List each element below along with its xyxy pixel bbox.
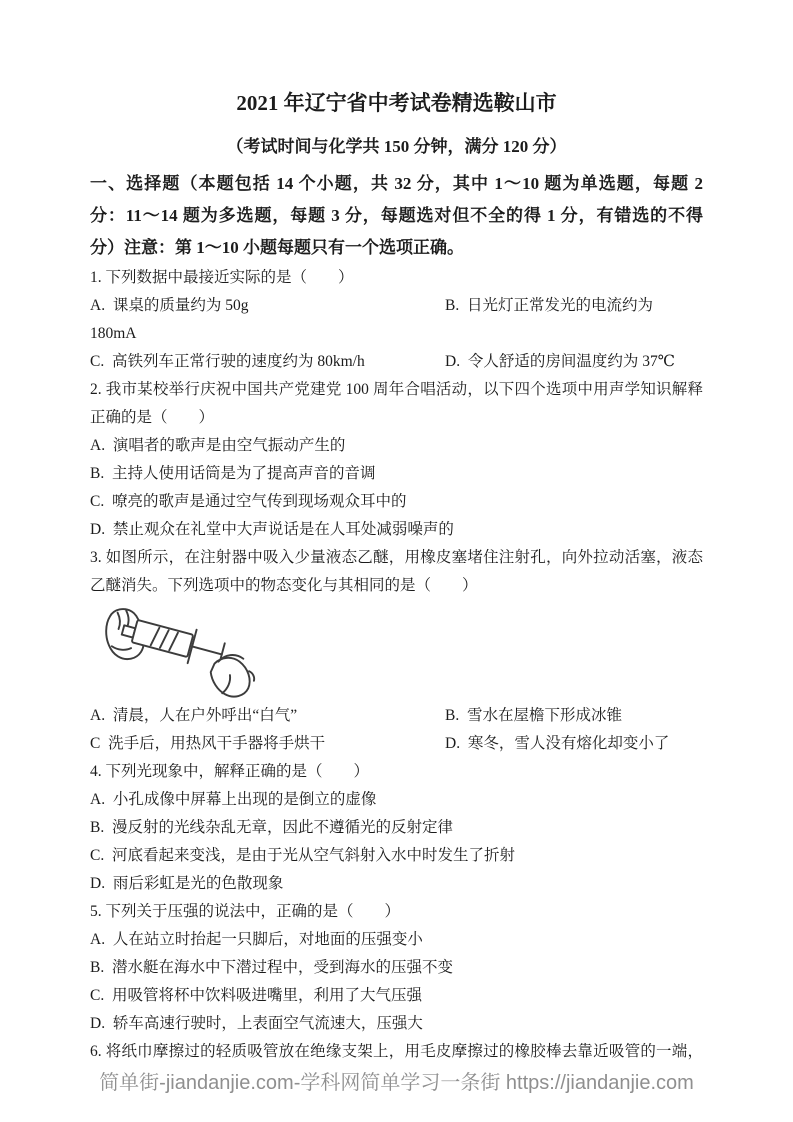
section-header-line-1: 一、选择题（本题包括 14 个小题，共 32 分，其中 1～10 题为单选题，每… xyxy=(90,168,703,200)
question-5-stem: 5. 下列关于压强的说法中，正确的是（ ） xyxy=(90,898,703,926)
question-4: 4. 下列光现象中，解释正确的是（ ） A. 小孔成像中屏幕上出现的是倒立的虚像… xyxy=(90,758,703,898)
question-2-option-b: B. 主持人使用话筒是为了提高声音的音调 xyxy=(90,460,703,488)
question-1-options-row-cd: C. 高铁列车正常行驶的速度约为 80km/h D. 令人舒适的房间温度约为 3… xyxy=(90,348,703,376)
question-4-stem: 4. 下列光现象中，解释正确的是（ ） xyxy=(90,758,703,786)
question-5-option-b: B. 潜水艇在海水中下潜过程中，受到海水的压强不变 xyxy=(90,954,703,982)
exam-page: 2021 年辽宁省中考试卷精选鞍山市 （考试时间与化学共 150 分钟，满分 1… xyxy=(0,0,793,1122)
page-content: 2021 年辽宁省中考试卷精选鞍山市 （考试时间与化学共 150 分钟，满分 1… xyxy=(0,0,793,1066)
question-5-option-c: C. 用吸管将杯中饮料吸进嘴里，利用了大气压强 xyxy=(90,982,703,1010)
section-header-line-2: 分：11～14 题为多选题，每题 3 分，每题选对但不全的得 1 分，有错选的不… xyxy=(90,200,703,232)
question-6-stem: 6. 将纸巾摩擦过的轻质吸管放在绝缘支架上，用毛皮摩擦过的橡胶棒去靠近吸管的一端… xyxy=(90,1038,703,1066)
question-1: 1. 下列数据中最接近实际的是（ ） A. 课桌的质量约为 50g B. 日光灯… xyxy=(90,264,703,376)
section-1-header: 一、选择题（本题包括 14 个小题，共 32 分，其中 1～10 题为单选题，每… xyxy=(90,168,703,264)
syringe-illustration xyxy=(100,604,260,700)
question-1-options-row-ab: A. 课桌的质量约为 50g B. 日光灯正常发光的电流约为 xyxy=(90,292,703,320)
question-3-stem-line-2: 乙醚消失。下列选项中的物态变化与其相同的是（ ） xyxy=(90,572,703,600)
question-3-option-d: D. 寒冬，雪人没有熔化却变小了 xyxy=(445,730,703,758)
question-2-stem-line-1: 2. 我市某校举行庆祝中国共产党建党 100 周年合唱活动，以下四个选项中用声学… xyxy=(90,376,703,404)
section-header-line-3: 分）注意：第 1～10 小题每题只有一个选项正确。 xyxy=(90,232,703,264)
footer-watermark: 简单街-jiandanjie.com-学科网简单学习一条街 https://ji… xyxy=(0,1066,793,1095)
question-5-option-d: D. 轿车高速行驶时，上表面空气流速大，压强大 xyxy=(90,1010,703,1038)
question-3: 3. 如图所示，在注射器中吸入少量液态乙醚，用橡皮塞堵住注射孔，向外拉动活塞，液… xyxy=(90,544,703,758)
page-title: 2021 年辽宁省中考试卷精选鞍山市 xyxy=(90,90,703,116)
question-4-option-c: C. 河底看起来变浅，是由于光从空气斜射入水中时发生了折射 xyxy=(90,842,703,870)
question-6: 6. 将纸巾摩擦过的轻质吸管放在绝缘支架上，用毛皮摩擦过的橡胶棒去靠近吸管的一端… xyxy=(90,1038,703,1066)
question-2-option-a: A. 演唱者的歌声是由空气振动产生的 xyxy=(90,432,703,460)
question-4-option-d: D. 雨后彩虹是光的色散现象 xyxy=(90,870,703,898)
question-2-stem-line-2: 正确的是（ ） xyxy=(90,404,703,432)
question-3-option-b: B. 雪水在屋檐下形成冰锥 xyxy=(445,702,703,730)
question-3-option-a: A. 清晨，人在户外呼出“白气” xyxy=(90,702,445,730)
question-2: 2. 我市某校举行庆祝中国共产党建党 100 周年合唱活动，以下四个选项中用声学… xyxy=(90,376,703,544)
question-1-option-b: B. 日光灯正常发光的电流约为 xyxy=(445,292,703,320)
question-2-option-c: C. 嘹亮的歌声是通过空气传到现场观众耳中的 xyxy=(90,488,703,516)
question-1-option-b-continuation: 180mA xyxy=(90,320,703,348)
question-4-option-b: B. 漫反射的光线杂乱无章，因此不遵循光的反射定律 xyxy=(90,814,703,842)
question-3-option-c: C 洗手后，用热风干手器将手烘干 xyxy=(90,730,445,758)
question-2-option-d: D. 禁止观众在礼堂中大声说话是在人耳处减弱噪声的 xyxy=(90,516,703,544)
question-3-options-row-cd: C 洗手后，用热风干手器将手烘干 D. 寒冬，雪人没有熔化却变小了 xyxy=(90,730,703,758)
exam-info-subtitle: （考试时间与化学共 150 分钟，满分 120 分） xyxy=(90,136,703,158)
question-5-option-a: A. 人在站立时抬起一只脚后，对地面的压强变小 xyxy=(90,926,703,954)
question-4-option-a: A. 小孔成像中屏幕上出现的是倒立的虚像 xyxy=(90,786,703,814)
question-1-stem: 1. 下列数据中最接近实际的是（ ） xyxy=(90,264,703,292)
question-1-option-a: A. 课桌的质量约为 50g xyxy=(90,292,445,320)
question-5: 5. 下列关于压强的说法中，正确的是（ ） A. 人在站立时抬起一只脚后，对地面… xyxy=(90,898,703,1038)
question-1-option-d: D. 令人舒适的房间温度约为 37℃ xyxy=(445,348,703,376)
question-3-options-row-ab: A. 清晨，人在户外呼出“白气” B. 雪水在屋檐下形成冰锥 xyxy=(90,702,703,730)
question-3-stem-line-1: 3. 如图所示，在注射器中吸入少量液态乙醚，用橡皮塞堵住注射孔，向外拉动活塞，液… xyxy=(90,544,703,572)
hands-pulling-syringe-sketch-svg xyxy=(100,604,260,700)
question-1-option-c: C. 高铁列车正常行驶的速度约为 80km/h xyxy=(90,348,445,376)
